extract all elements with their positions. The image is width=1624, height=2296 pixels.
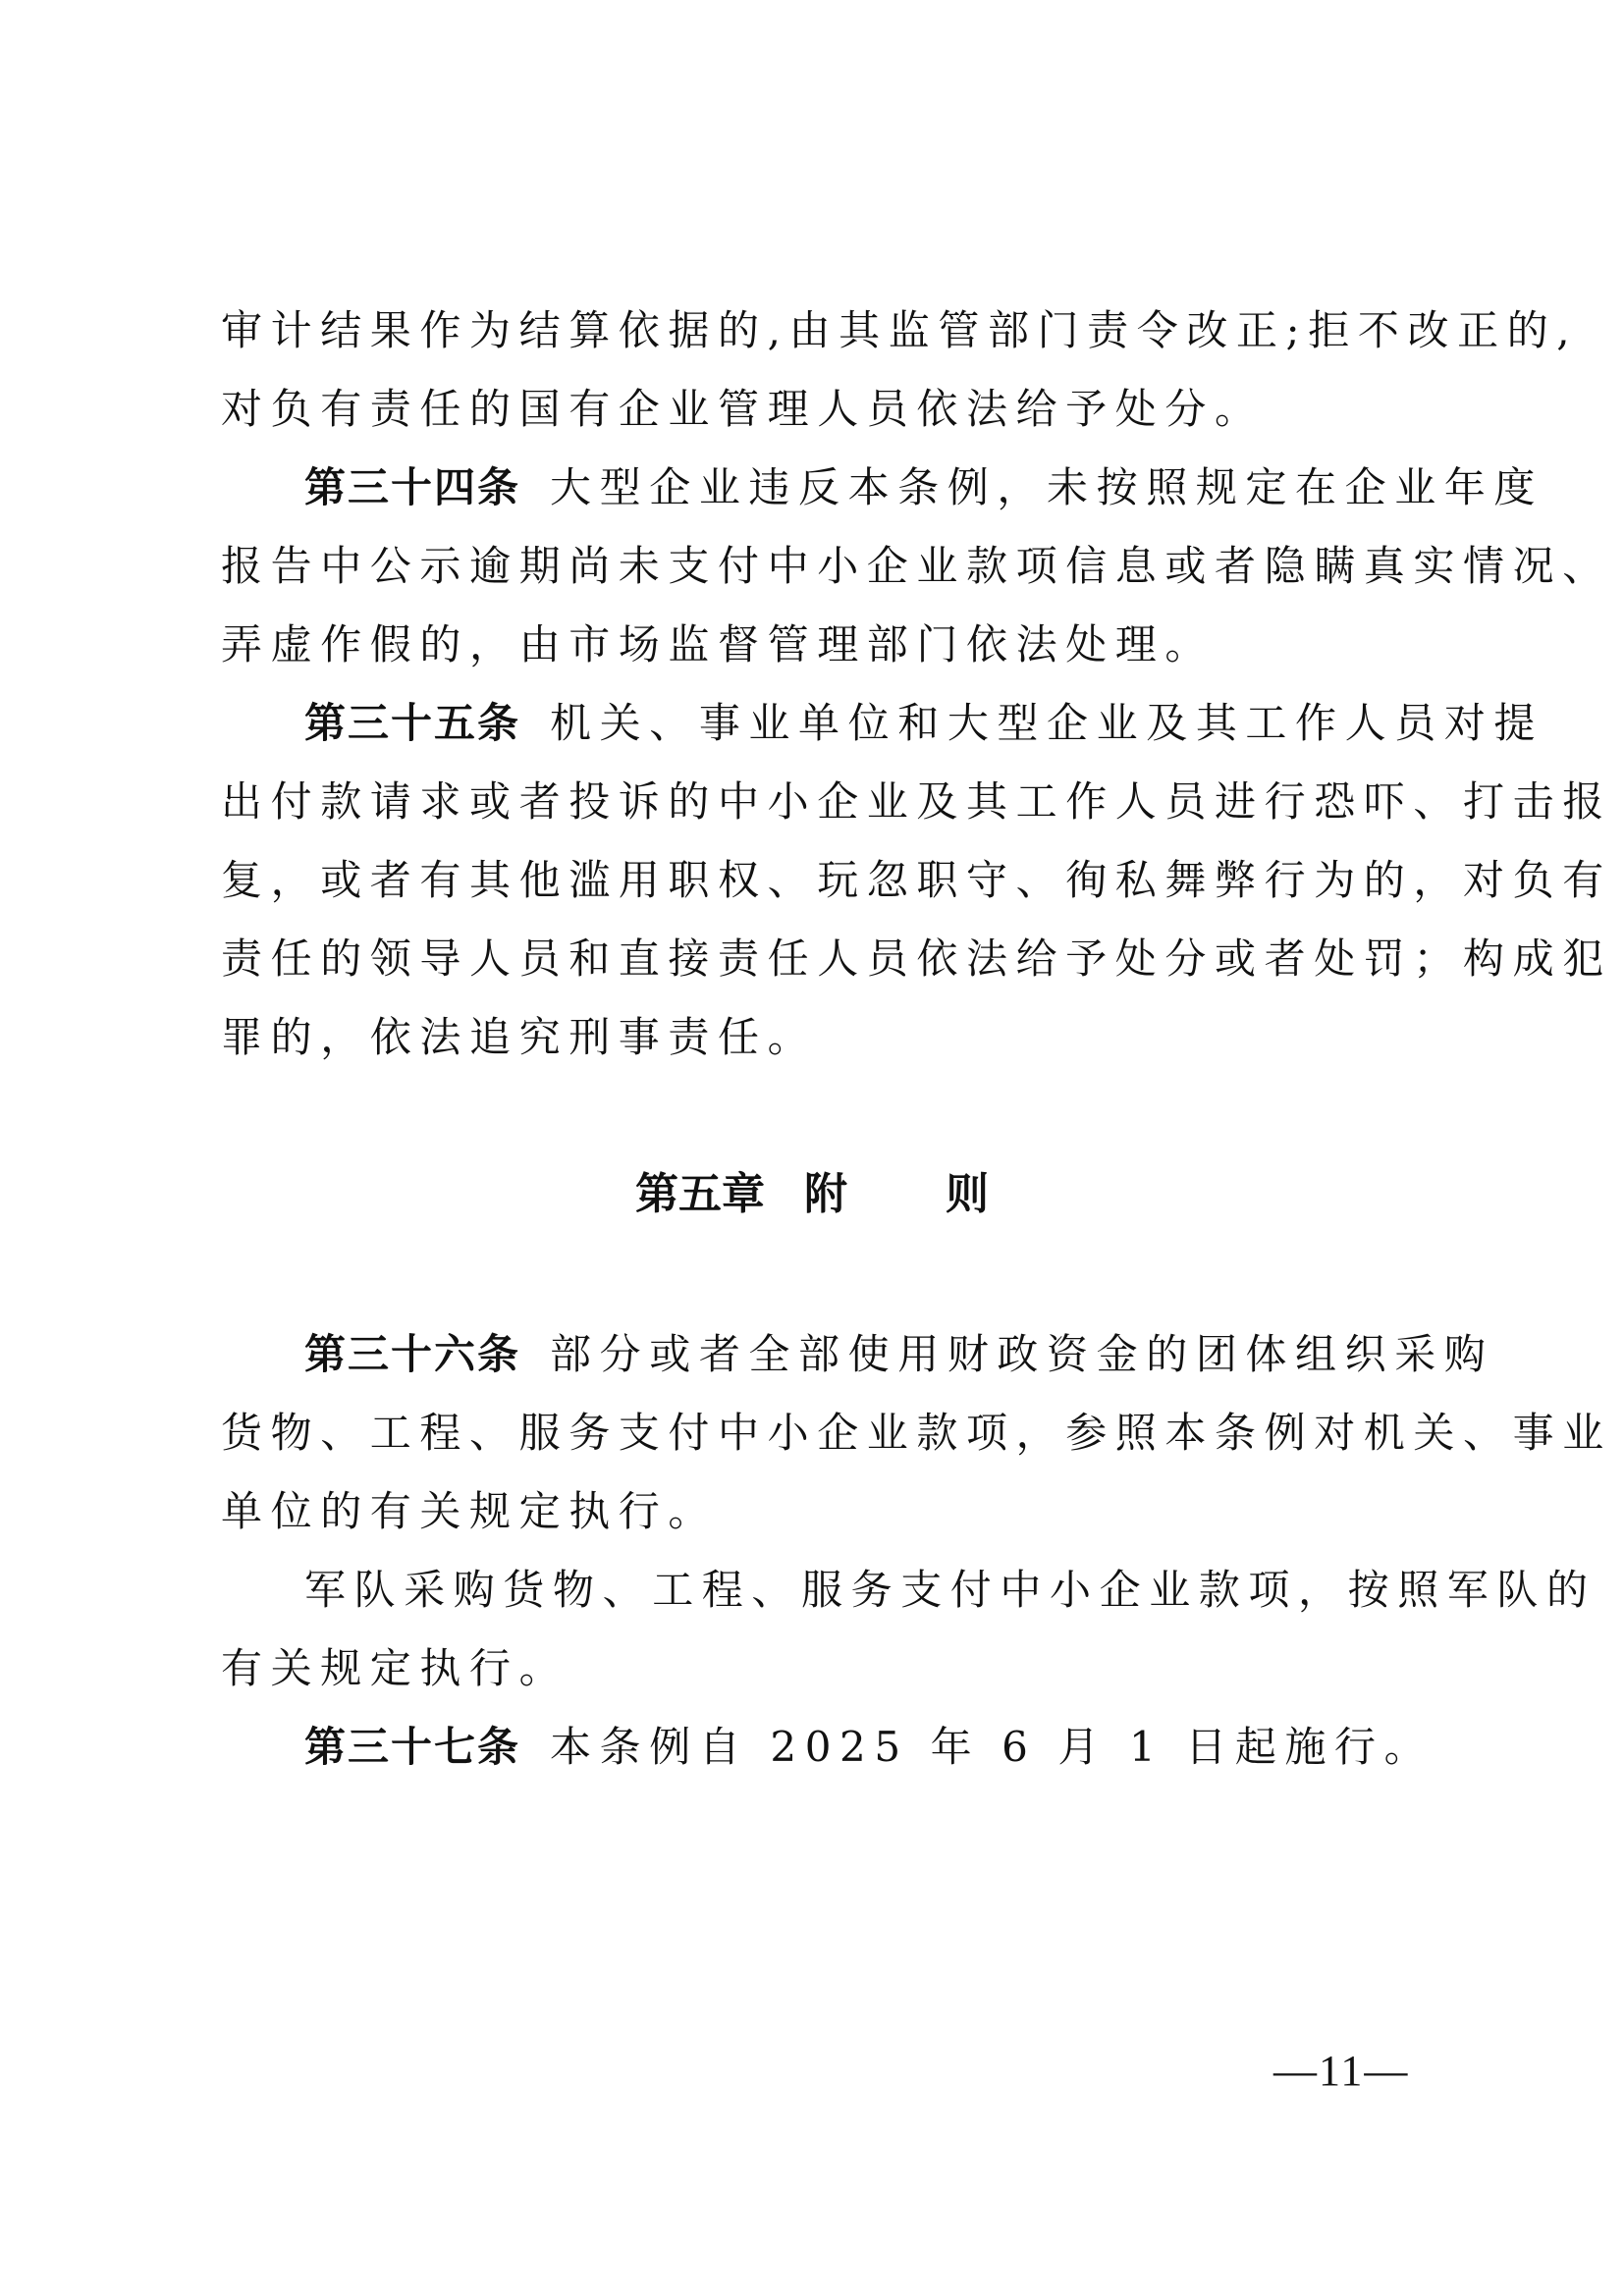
text-line: 有关规定执行。 <box>221 1639 1404 1698</box>
text-line: 责任的领导人员和直接责任人员依法给予处分或者处罚；构成犯 <box>221 930 1404 988</box>
text-line: 复，或者有其他滥用职权、玩忽职守、徇私舞弊行为的，对负有 <box>221 851 1404 910</box>
text-line: 出付款请求或者投诉的中小企业及其工作人员进行恐吓、打击报 <box>221 773 1404 831</box>
article-number: 第三十七条 <box>304 1723 520 1771</box>
text-line: 对负有责任的国有企业管理人员依法给予处分。 <box>221 380 1404 439</box>
article-number: 第三十六条 <box>304 1330 520 1378</box>
article-37-line: 第三十七条本条例自 2025 年 6 月 1 日起施行。 <box>304 1718 1488 1777</box>
text-line: 军队采购货物、工程、服务支付中小企业款项，按照军队的 <box>304 1561 1404 1620</box>
chapter-heading: 第五章附则 <box>0 1165 1624 1224</box>
text-line: 弄虚作假的，由市场监督管理部门依法处理。 <box>221 615 1404 674</box>
text-line: 罪的，依法追究刑事责任。 <box>221 1008 1404 1067</box>
article-number: 第三十四条 <box>304 463 520 511</box>
page-number: —11— <box>1273 2047 1409 2096</box>
article-34-line: 第三十四条大型企业违反本条例，未按照规定在企业年度 <box>304 458 1488 517</box>
text-line: 报告中公示逾期尚未支付中小企业款项信息或者隐瞒真实情况、 <box>221 537 1404 596</box>
article-number: 第三十五条 <box>304 699 520 747</box>
article-35-line: 第三十五条机关、事业单位和大型企业及其工作人员对提 <box>304 694 1488 753</box>
text-line: 货物、工程、服务支付中小企业款项，参照本条例对机关、事业 <box>221 1404 1404 1463</box>
text-line: 单位的有关规定执行。 <box>221 1482 1404 1541</box>
article-36-line: 第三十六条部分或者全部使用财政资金的团体组织采购 <box>304 1325 1488 1384</box>
text-line: 审计结果作为结算依据的,由其监管部门责令改正;拒不改正的, <box>221 301 1404 360</box>
